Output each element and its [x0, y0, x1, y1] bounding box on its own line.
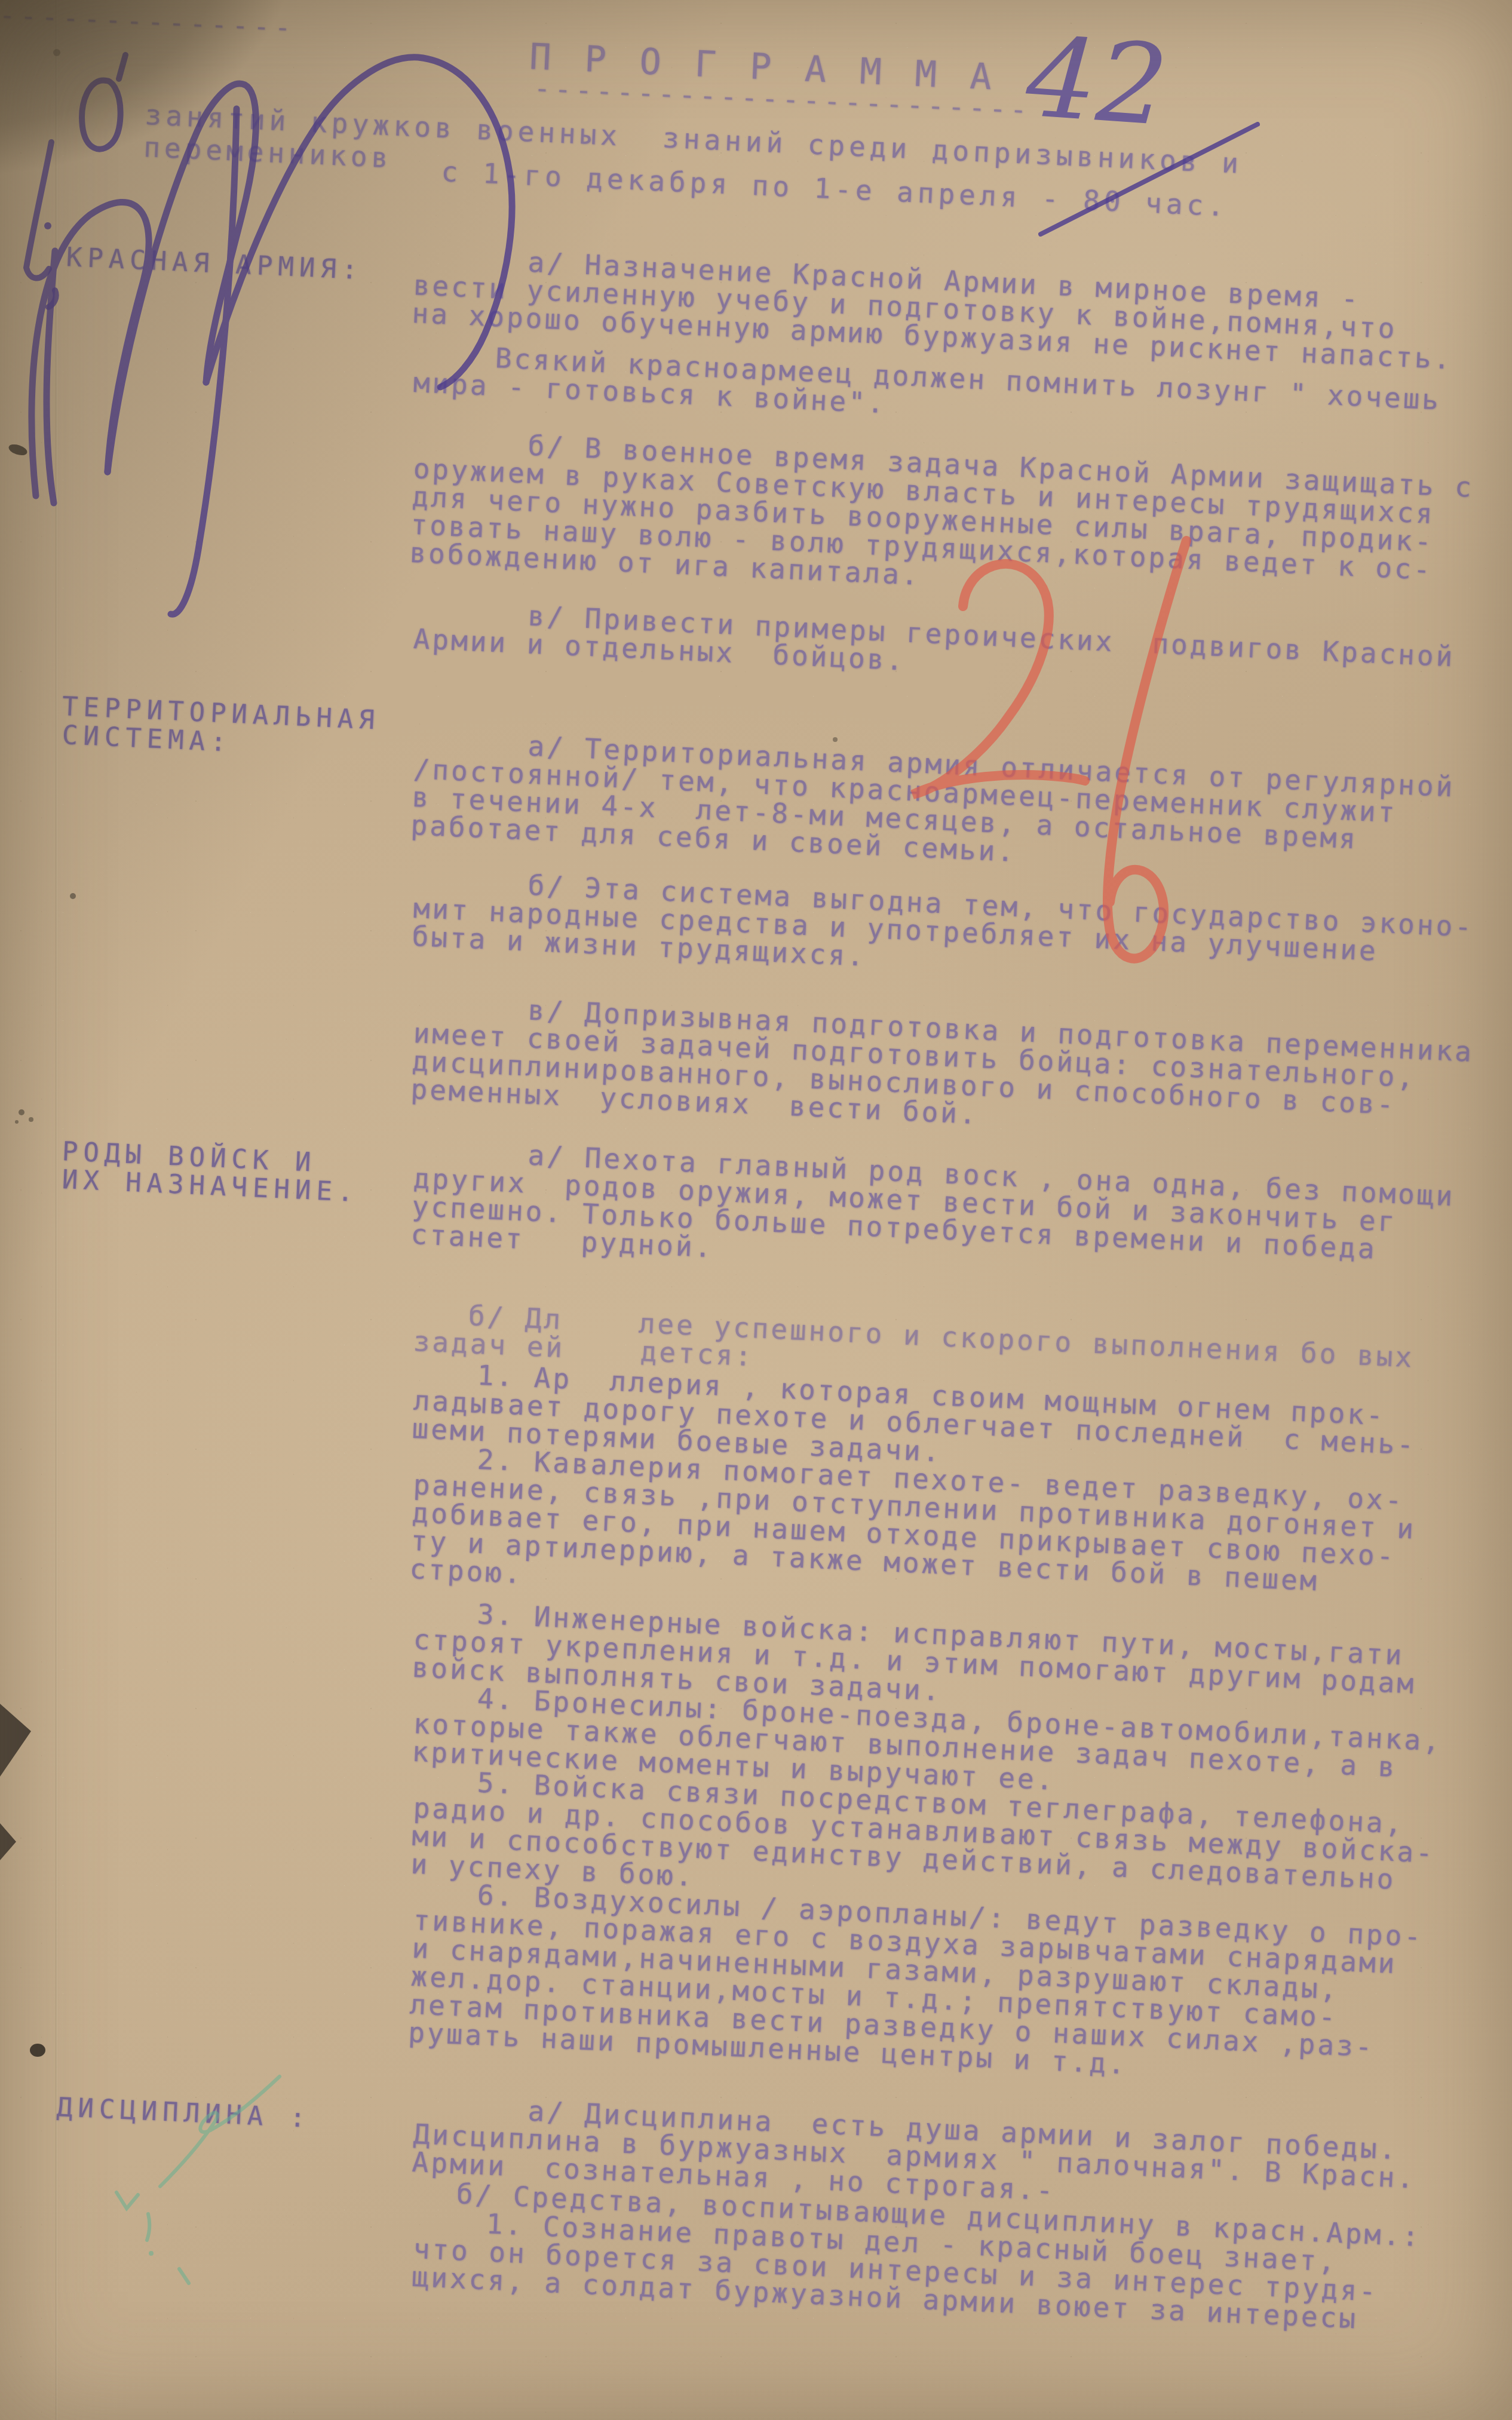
scan-vignette	[0, 0, 1512, 2420]
document-page: П Р О Г Р А М М А ----------------------…	[0, 0, 1512, 2420]
